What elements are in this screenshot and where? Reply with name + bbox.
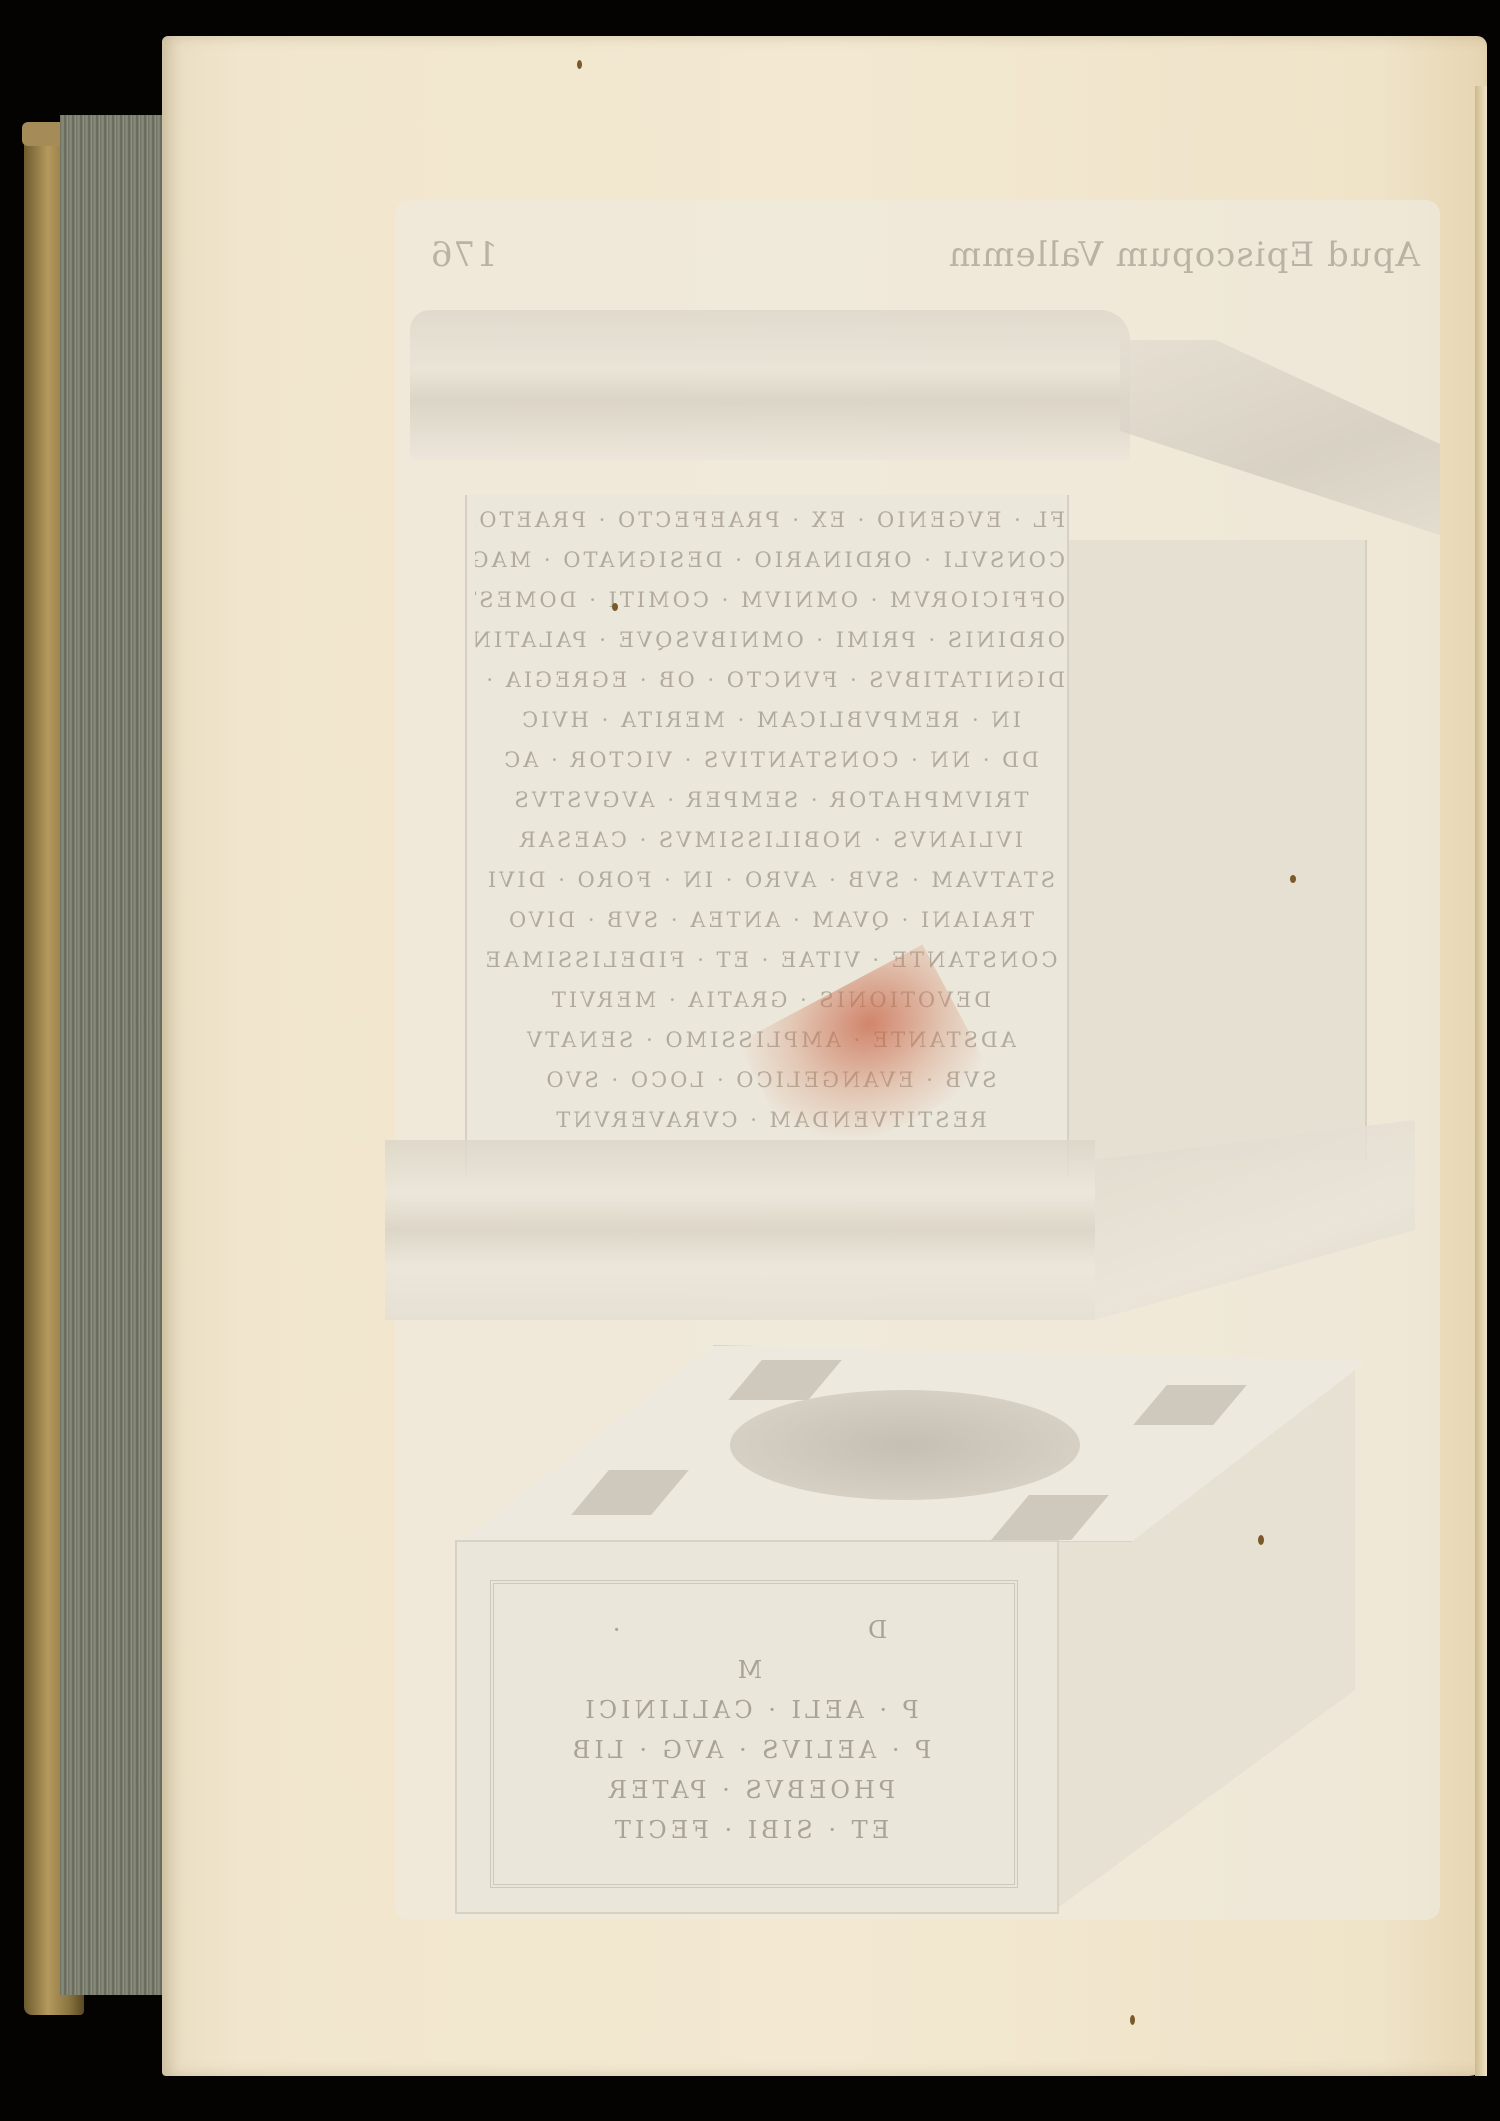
inscription-line: OFFICIORVM · OMNIVM · COMITI · DOMESTICO [475, 580, 1065, 620]
epitaph-line: P · AELI · CALLINICI [490, 1690, 1010, 1730]
epitaph-line: PHOEBVS · PATER [490, 1770, 1010, 1810]
foxing-speck [1130, 2015, 1135, 2025]
running-title: Apud Episcopum Vallemm [948, 235, 1420, 275]
pedestal-base [385, 1140, 1095, 1320]
next-leaf-edge [1475, 86, 1487, 2076]
foxing-speck [1290, 875, 1296, 883]
running-header: Apud Episcopum Vallemm 176 [430, 235, 1420, 275]
inscription-line: ORDINIS · PRIMI · OMNIBVSQVE · PALATINIS [475, 620, 1065, 660]
epitaph-inscription: D · M P · AELI · CALLINICI P · AELIVS · … [490, 1610, 1010, 1850]
inscription-line: FL · EVGENIO · EX · PRAEFECTO · PRAETORI… [475, 500, 1065, 540]
epitaph-line: P · AELIVS · AVG · LIB [490, 1730, 1010, 1770]
inscription-line: DD · NN · CONSTANTIVS · VICTOR · AC [475, 740, 1065, 780]
oval-basin [730, 1390, 1080, 1500]
inscription-line: CONSTANTE · VITAE · ET · FIDELISSIMAE [475, 940, 1065, 980]
inscription-line: TRAIANI · QVAM · ANTEA · SVB · DIVO [475, 900, 1065, 940]
inscription-line: STATVAM · SVB · AVRO · IN · FORO · DIVI [475, 860, 1065, 900]
inscription-line: IN · REMPVBLICAM · MERITA · HVIC [475, 700, 1065, 740]
page-block-edge [60, 115, 170, 1995]
foxing-speck [612, 603, 618, 611]
pedestal-cornice [410, 310, 1130, 460]
page-number: 176 [430, 235, 498, 275]
pedestal-shaft-side [1065, 540, 1367, 1160]
foxing-speck [1258, 1535, 1264, 1545]
inscription-line: DEVOTIONIS · GRATIA · MERVIT [475, 980, 1065, 1020]
epitaph-line: D · M [490, 1610, 1010, 1690]
epitaph-line: ET · SIBI · FECIT [490, 1810, 1010, 1850]
inscription-line: CONSVLI · ORDINARIO · DESIGNATO · MAGIST… [475, 540, 1065, 580]
foxing-speck [577, 60, 582, 69]
inscription-line: IVLIANVS · NOBILISSIMVS · CAESAR [475, 820, 1065, 860]
inscription-line: DIGNITATIBVS · FVNCTO · OB · EGREGIA · E… [475, 660, 1065, 700]
inscription-line: TRIVMPHATOR · SEMPER · AVGVSTVS [475, 780, 1065, 820]
